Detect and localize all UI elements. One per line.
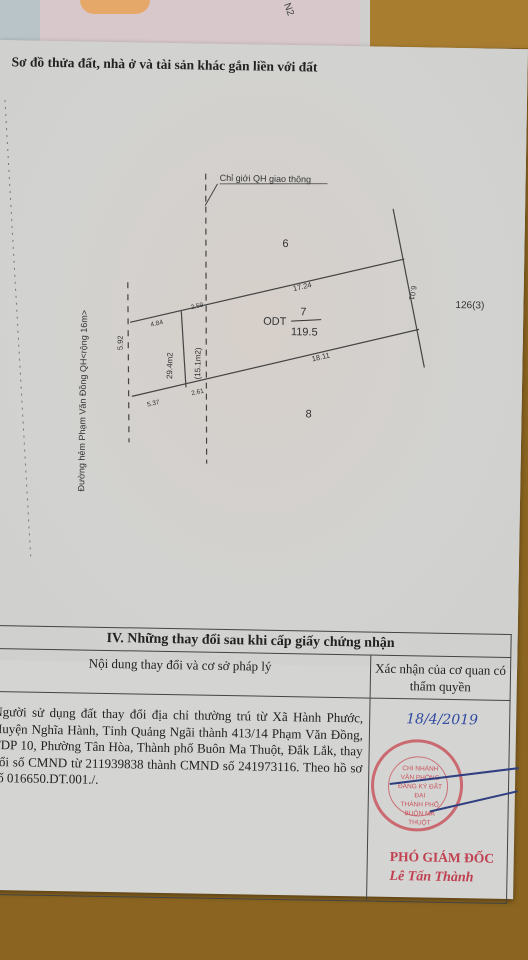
change-entry-content: Người sử dụng đất thay đổi địa chỉ thườn… bbox=[0, 691, 370, 901]
neighbor-south: 8 bbox=[305, 408, 311, 420]
map-section: Sơ đồ thửa đất, nhà ở và tài sản khác gắ… bbox=[0, 40, 528, 669]
confirm-date: 18/4/2019 bbox=[406, 711, 478, 728]
road-label: Đường hẻm Phạm Văn Đồng QH<rộng 16m> bbox=[76, 310, 89, 492]
parcel-area: 119.5 bbox=[291, 326, 318, 338]
dim-west: 5.92 bbox=[116, 335, 125, 350]
dim-south: 18.11 bbox=[311, 351, 331, 364]
top-mark: N2 bbox=[281, 2, 296, 18]
parcel-number: 7 bbox=[300, 306, 306, 318]
dim-south-front-2: 2.61 bbox=[191, 388, 205, 398]
changes-table: IV. Những thay đổi sau khi cấp giấy chứn… bbox=[0, 625, 512, 904]
official-stamp-icon: CHI NHÁNH VĂN PHÒNG ĐĂNG KÝ ĐẤT ĐAI THÀN… bbox=[370, 739, 464, 833]
setback-area: (15.1m2) bbox=[193, 347, 203, 379]
land-type: ODT bbox=[263, 316, 287, 328]
col-content-header: Nội dung thay đổi và cơ sở pháp lý bbox=[0, 648, 371, 698]
neighbor-east: 126(3) bbox=[455, 300, 484, 312]
col-confirm-header: Xác nhận của cơ quan có thẩm quyền bbox=[370, 655, 511, 700]
signer-name: Lê Tấn Thành bbox=[389, 869, 473, 886]
dim-north: 17.24 bbox=[292, 280, 312, 293]
dim-north-front-1: 4.84 bbox=[150, 319, 164, 329]
dim-north-front-2: 2.59 bbox=[190, 302, 204, 312]
dim-south-front-1: 5.37 bbox=[146, 399, 160, 409]
folded-paper-corner bbox=[80, 0, 150, 14]
traffic-boundary-label: Chỉ giới QH giao thông bbox=[220, 173, 312, 185]
neighbor-north: 6 bbox=[282, 238, 288, 250]
certificate-page: Sơ đồ thửa đất, nhà ở và tài sản khác gắ… bbox=[0, 40, 528, 899]
signer-title: PHÓ GIÁM ĐỐC bbox=[390, 849, 495, 867]
change-entry-confirmation: 18/4/2019 CHI NHÁNH VĂN PHÒNG ĐĂNG KÝ ĐẤ… bbox=[367, 698, 511, 903]
road-reserve-area: 29.4m2 bbox=[165, 352, 174, 379]
parcel-map: Chỉ giới QH giao thông Đường hẻm Phạm Vă… bbox=[0, 40, 528, 649]
